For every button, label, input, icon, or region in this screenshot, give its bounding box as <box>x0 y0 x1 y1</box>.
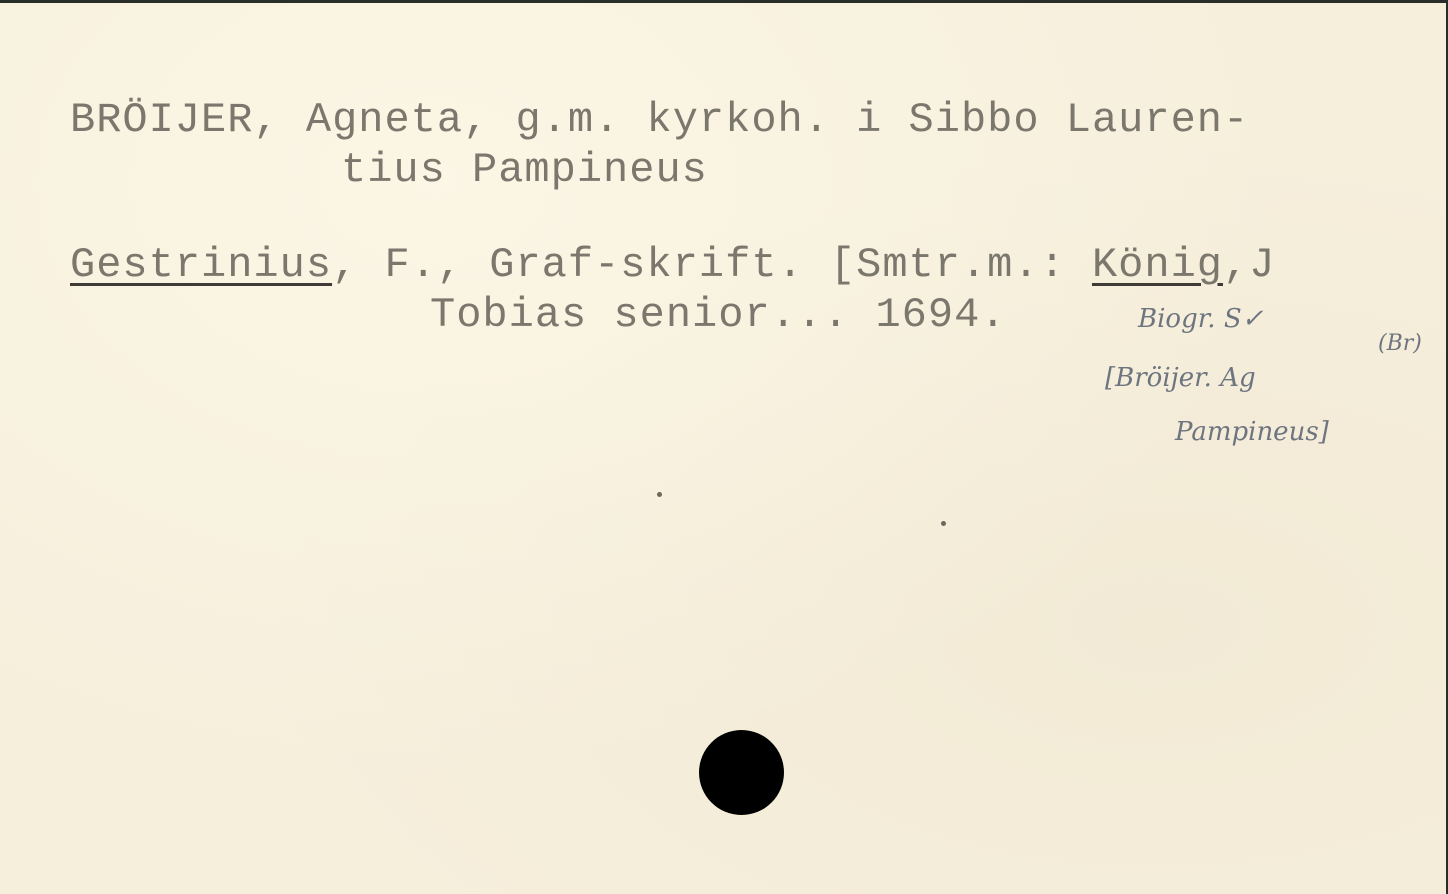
entry-1-heading-name: BRÖIJER, <box>70 96 280 144</box>
catalog-card: BRÖIJER, Agneta, g.m. kyrkoh. i Sibbo La… <box>0 3 1448 894</box>
entry-1-line-2: tius Pampineus <box>341 149 708 191</box>
entry-1-line-1: BRÖIJER, Agneta, g.m. kyrkoh. i Sibbo La… <box>70 99 1249 141</box>
paper-speck <box>657 492 662 497</box>
paper-speck <box>941 521 946 526</box>
punch-hole <box>699 730 784 815</box>
entry-2-line-1: Gestrinius, F., Graf-skrift. [Smtr.m.: K… <box>70 244 1275 286</box>
handwritten-note-line-2: [Bröijer. Ag <box>1105 365 1256 391</box>
handwritten-note-aside: (Br) <box>1378 333 1422 355</box>
entry-2-author: Gestrinius <box>70 241 332 289</box>
handwritten-note-line-1: Biogr. S✓ <box>1138 306 1263 332</box>
entry-1-description: Agneta, g.m. kyrkoh. i Sibbo Lauren- <box>306 96 1249 144</box>
entry-2-cross-reference: König <box>1092 241 1223 289</box>
entry-2-line-1-end: ,J <box>1223 241 1275 289</box>
handwritten-note-line-3: Pampineus] <box>1175 419 1329 445</box>
entry-2-line-2: Tobias senior... 1694. <box>430 294 1007 336</box>
entry-2-title: , F., Graf-skrift. [Smtr.m.: <box>332 241 1092 289</box>
